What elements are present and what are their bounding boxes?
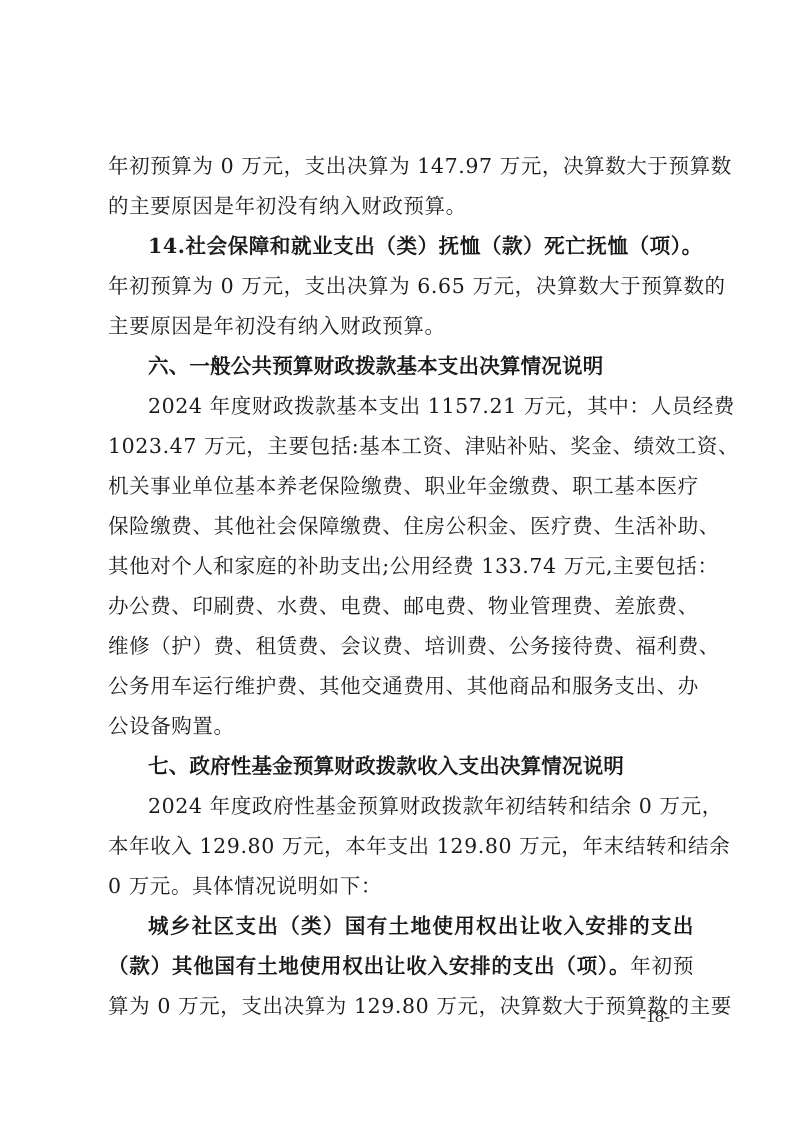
text-run: 主要原因是年初没有纳入财政预算。 <box>108 314 446 338</box>
item-heading-14: 14.社会保障和就业支出（类）抚恤（款）死亡抚恤（项）。 <box>148 228 694 264</box>
body-text-line: 年初预算为 0 万元，支出决算为 147.97 万元，决算数大于预算数 <box>108 148 694 184</box>
body-text-line: 本年收入 129.80 万元，本年支出 129.80 万元，年末结转和结余 <box>108 828 694 864</box>
heading-text: 七、政府性基金预算财政拨款收入支出决算情况说明 <box>148 754 624 778</box>
body-text-line: 2024 年度政府性基金预算财政拨款年初结转和结余 0 万元， <box>148 788 694 824</box>
text-run: 年初预算为 0 万元，支出决算为 6.65 万元，决算数大于预算数的 <box>108 274 726 298</box>
text-run: 保险缴费、其他社会保障缴费、住房公积金、医疗费、生活补助、 <box>108 514 720 538</box>
body-text-line: （款）其他国有土地使用权出让收入安排的支出（项）。年初预 <box>108 948 694 984</box>
text-run: 公设备购置。 <box>108 714 235 738</box>
body-text-line: 1023.47 万元，主要包括:基本工资、津贴补贴、奖金、绩效工资、 <box>108 428 694 464</box>
text-run: 维修（护）费、租赁费、会议费、培训费、公务接待费、福利费、 <box>108 634 720 658</box>
section-heading-6: 六、一般公共预算财政拨款基本支出决算情况说明 <box>148 348 694 384</box>
bold-run: 城乡社区支出（类）国有土地使用权出让收入安排的支出 <box>148 914 694 938</box>
text-run: 本年收入 129.80 万元，本年支出 129.80 万元，年末结转和结余 <box>108 834 730 858</box>
text-run: 其他对个人和家庭的补助支出;公用经费 133.74 万元,主要包括： <box>108 554 719 578</box>
body-text-line: 保险缴费、其他社会保障缴费、住房公积金、医疗费、生活补助、 <box>108 508 694 544</box>
text-run: 年初预 <box>630 954 694 978</box>
body-text-line: 公设备购置。 <box>108 708 694 744</box>
bold-run: 14.社会保障和就业支出（类）抚恤（款）死亡抚恤（项）。 <box>148 234 703 258</box>
text-run: 2024 年度财政拨款基本支出 1157.21 万元，其中：人员经费 <box>148 394 735 418</box>
text-run: 公务用车运行维护费、其他交通费用、其他商品和服务支出、办 <box>108 674 699 698</box>
page-number: -18- <box>640 1006 670 1027</box>
body-text-line: 主要原因是年初没有纳入财政预算。 <box>108 308 694 344</box>
text-run: 机关事业单位基本养老保险缴费、职业年金缴费、职工基本医疗 <box>108 474 699 498</box>
body-text-line: 维修（护）费、租赁费、会议费、培训费、公务接待费、福利费、 <box>108 628 694 664</box>
text-run: 的主要原因是年初没有纳入财政预算。 <box>108 194 467 218</box>
text-run: 0 万元。具体情况说明如下： <box>108 874 382 898</box>
heading-text: 六、一般公共预算财政拨款基本支出决算情况说明 <box>148 354 603 378</box>
body-text-line: 0 万元。具体情况说明如下： <box>108 868 694 904</box>
body-text-line: 公务用车运行维护费、其他交通费用、其他商品和服务支出、办 <box>108 668 694 704</box>
text-run: 2024 年度政府性基金预算财政拨款年初结转和结余 0 万元， <box>148 794 723 818</box>
body-text-line: 2024 年度财政拨款基本支出 1157.21 万元，其中：人员经费 <box>148 388 694 424</box>
body-text-line: 机关事业单位基本养老保险缴费、职业年金缴费、职工基本医疗 <box>108 468 694 504</box>
body-text-line: 的主要原因是年初没有纳入财政预算。 <box>108 188 694 224</box>
item-heading-urban-rural: 城乡社区支出（类）国有土地使用权出让收入安排的支出 <box>148 908 694 944</box>
text-run: 1023.47 万元，主要包括:基本工资、津贴补贴、奖金、绩效工资、 <box>108 434 739 458</box>
text-run: 年初预算为 0 万元，支出决算为 147.97 万元，决算数大于预算数 <box>108 154 732 178</box>
section-heading-7: 七、政府性基金预算财政拨款收入支出决算情况说明 <box>148 748 694 784</box>
bold-run: （款）其他国有土地使用权出让收入安排的支出（项）。 <box>108 954 630 978</box>
document-page: 年初预算为 0 万元，支出决算为 147.97 万元，决算数大于预算数 的主要原… <box>0 0 793 1122</box>
text-run: 算为 0 万元，支出决算为 129.80 万元，决算数大于预算数的主要 <box>108 994 732 1018</box>
text-run: 办公费、印刷费、水费、电费、邮电费、物业管理费、差旅费、 <box>108 594 699 618</box>
body-text-line: 其他对个人和家庭的补助支出;公用经费 133.74 万元,主要包括： <box>108 548 694 584</box>
body-text-line: 算为 0 万元，支出决算为 129.80 万元，决算数大于预算数的主要 <box>108 988 694 1024</box>
body-text-line: 年初预算为 0 万元，支出决算为 6.65 万元，决算数大于预算数的 <box>108 268 694 304</box>
body-text-line: 办公费、印刷费、水费、电费、邮电费、物业管理费、差旅费、 <box>108 588 694 624</box>
